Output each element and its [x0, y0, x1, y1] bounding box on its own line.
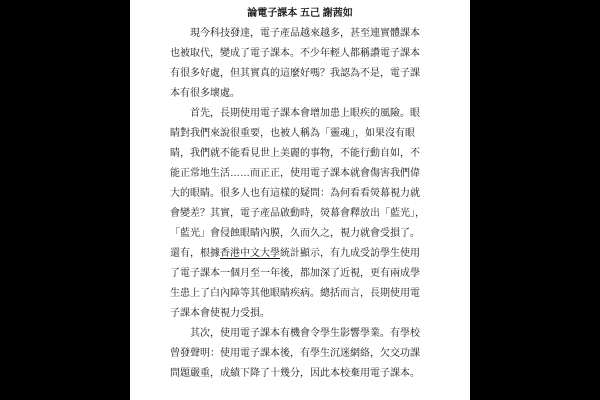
- line-text-post: 統計顯示，有九成受訪學生使用: [280, 248, 420, 259]
- essay-line: 首先，長期使用電子課本會增加患上眼疾的風險。眼: [170, 104, 430, 124]
- essay-line: 現今科技發達，電子產品越來越多，甚至連實體課本: [170, 24, 430, 44]
- essay-line: 「藍光」會侵蝕眼睛內膜，久而久之，視力就會受損了。: [170, 224, 430, 244]
- essay-line: 問題嚴重，成績下降了十幾分，因此本校棄用電子課本。: [170, 364, 430, 384]
- essay-line: 睛對我們來說很重要，也被人稱為「靈魂」，如果沒有眼: [170, 124, 430, 144]
- essay-line: 了電子課本一個月至一年後，都加深了近視，更有兩成學: [170, 264, 430, 284]
- essay-line: 也被取代，變成了電子課本。不少年輕人都稱讚電子課本: [170, 44, 430, 64]
- line-text-pre: 還有，根據: [170, 248, 220, 259]
- underlined-phrase: 香港中文大學: [220, 248, 280, 259]
- essay-line-with-underline: 還有，根據香港中文大學統計顯示，有九成受訪學生使用: [170, 244, 430, 264]
- essay-line: 生患上了白內障等其他眼睛疾病。總括而言，長期使用電: [170, 284, 430, 304]
- viewer-background: 論電子課本 五己 謝茜如 現今科技發達，電子產品越來越多，甚至連實體課本 也被取…: [0, 0, 600, 400]
- essay-line: 會變差？其實，電子產品啟動時，熒幕會釋放出「藍光」，: [170, 204, 430, 224]
- document-page: 論電子課本 五己 謝茜如 現今科技發達，電子產品越來越多，甚至連實體課本 也被取…: [130, 0, 470, 400]
- essay-title: 論電子課本 五己 謝茜如: [170, 4, 430, 24]
- essay-line: 子課本會使視力受損。: [170, 304, 430, 324]
- essay-line: 能正常地生活……而正正，使用電子課本就會傷害我們偉: [170, 164, 430, 184]
- essay-line: 本有很多壞處。: [170, 84, 430, 104]
- essay-line: 大的眼睛。很多人也有這樣的疑問：為何看看熒幕視力就: [170, 184, 430, 204]
- essay-line: 其次，使用電子課本有機會令學生影響學業。有學校: [170, 324, 430, 344]
- essay-line: 曾發聲明：使用電子課本後，有學生沉迷網絡，欠交功課: [170, 344, 430, 364]
- essay-body: 論電子課本 五己 謝茜如 現今科技發達，電子產品越來越多，甚至連實體課本 也被取…: [130, 0, 470, 384]
- essay-line: 有很多好處，但其實真的這麼好嗎？我認為不是，電子課: [170, 64, 430, 84]
- essay-line: 睛，我們就不能看見世上美麗的事物，不能行動自如，不: [170, 144, 430, 164]
